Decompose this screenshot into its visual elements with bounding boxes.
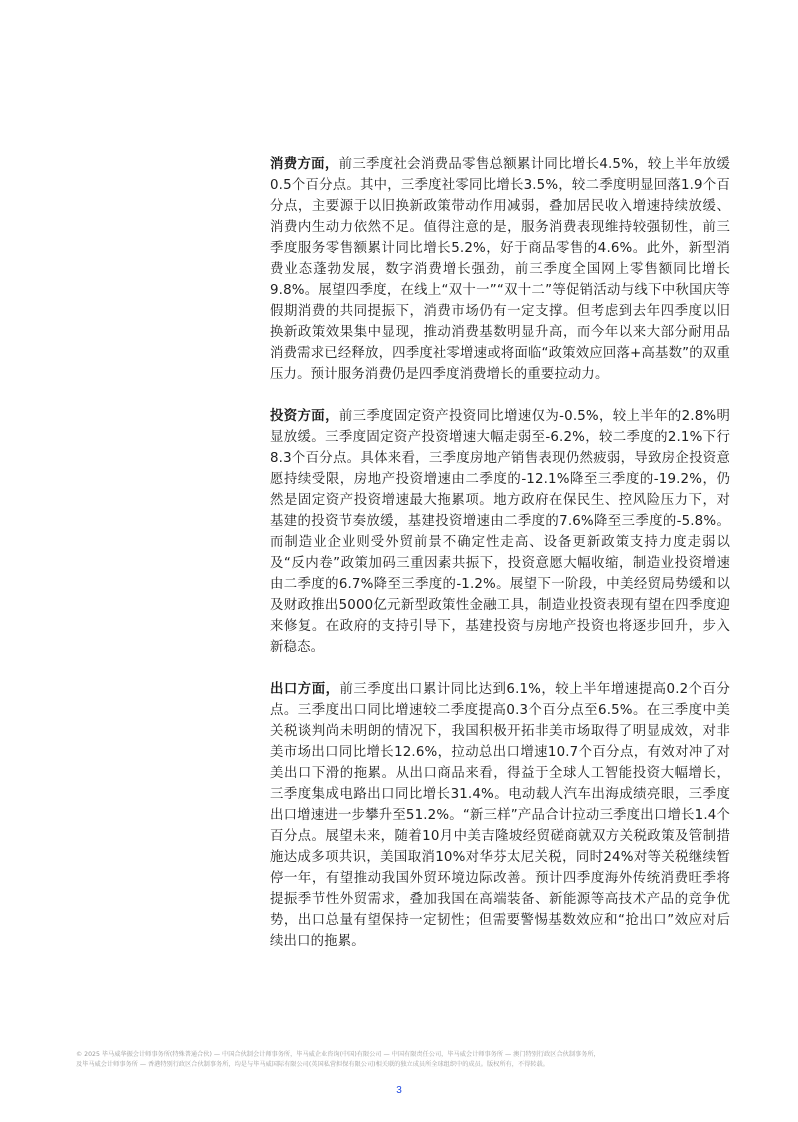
footer-legal-notice: © 2025 毕马威华振会计师事务所(特殊普通合伙) — 中国合伙制会计师事务所… (76, 1050, 726, 1070)
page-number: 3 (0, 1085, 798, 1096)
section-export: 出口方面，前三季度出口累计同比达到6.1%，较上半年增速提高0.2个百分点。三季… (270, 679, 730, 952)
section-text-consumption: 前三季度社会消费品零售总额累计同比增长4.5%，较上半年放缓0.5个百分点。其中… (270, 157, 730, 382)
section-lead-export: 出口方面， (270, 682, 340, 697)
footer-legal-line-1: © 2025 毕马威华振会计师事务所(特殊普通合伙) — 中国合伙制会计师事务所… (76, 1050, 726, 1060)
footer-legal-line-2: 及毕马威会计师事务所 — 香港特别行政区合伙制事务所，均是与毕马威国际有限公司(… (76, 1060, 726, 1070)
section-consumption: 消费方面，前三季度社会消费品零售总额累计同比增长4.5%，较上半年放缓0.5个百… (270, 154, 730, 385)
section-lead-investment: 投资方面， (270, 409, 339, 424)
section-investment: 投资方面，前三季度固定资产投资同比增速仅为-0.5%，较上半年的2.8%明显放缓… (270, 406, 730, 658)
section-text-export: 前三季度出口累计同比达到6.1%，较上半年增速提高0.2个百分点。三季度出口同比… (270, 682, 730, 949)
document-body: 消费方面，前三季度社会消费品零售总额累计同比增长4.5%，较上半年放缓0.5个百… (270, 154, 730, 973)
section-text-investment: 前三季度固定资产投资同比增速仅为-0.5%，较上半年的2.8%明显放缓。三季度固… (270, 409, 730, 655)
section-lead-consumption: 消费方面， (270, 157, 339, 172)
